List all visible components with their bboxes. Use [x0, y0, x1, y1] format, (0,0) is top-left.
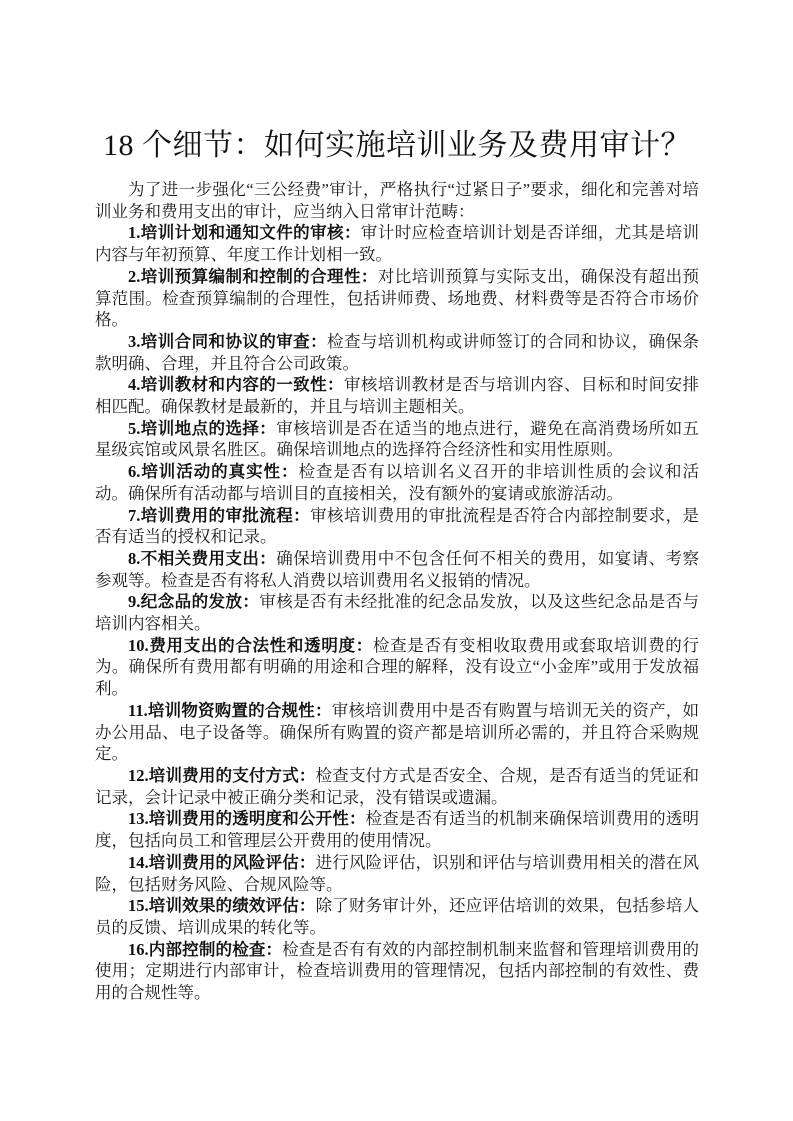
- audit-item-6: 6.培训活动的真实性：检查是否有以培训名义召开的非培训性质的会议和活动。确保所有…: [95, 461, 699, 504]
- audit-item-7: 7.培训费用的审批流程：审核培训费用的审批流程是否符合内部控制要求，是否有适当的…: [95, 505, 699, 548]
- audit-item-10-label: 10.费用支出的合法性和透明度：: [128, 636, 373, 655]
- audit-item-15-label: 15.培训效果的绩效评估：: [128, 896, 316, 915]
- audit-item-8: 8.不相关费用支出：确保培训费用中不包含任何不相关的费用，如宴请、考察参观等。检…: [95, 548, 699, 591]
- audit-item-11-label: 11.培训物资购置的合规性：: [128, 701, 332, 720]
- document-page: 18 个细节：如何实施培训业务及费用审计？ 为了进一步强化“三公经费”审计，严格…: [0, 0, 793, 1121]
- audit-item-5-label: 5.培训地点的选择：: [128, 419, 276, 438]
- audit-item-4: 4.培训教材和内容的一致性：审核培训教材是否与培训内容、目标和时间安排相匹配。确…: [95, 374, 699, 417]
- audit-item-16: 16.内部控制的检查：检查是否有有效的内部控制机制来监督和管理培训费用的使用；定…: [95, 939, 699, 1004]
- audit-item-13: 13.培训费用的透明度和公开性：检查是否有适当的机制来确保培训费用的透明度，包括…: [95, 808, 699, 851]
- audit-item-8-label: 8.不相关费用支出：: [128, 549, 276, 568]
- audit-item-13-label: 13.培训费用的透明度和公开性：: [128, 809, 366, 828]
- intro-paragraph: 为了进一步强化“三公经费”审计，严格执行“过紧日子”要求，细化和完善对培训业务和…: [95, 179, 699, 222]
- audit-item-16-label: 16.内部控制的检查：: [128, 940, 282, 959]
- audit-item-6-label: 6.培训活动的真实性：: [128, 462, 298, 481]
- audit-item-10: 10.费用支出的合法性和透明度：检查是否有变相收取费用或套取培训费的行为。确保所…: [95, 635, 699, 700]
- audit-item-3-label: 3.培训合同和协议的审查：: [128, 332, 327, 351]
- audit-item-11: 11.培训物资购置的合规性：审核培训费用中是否有购置与培训无关的资产，如办公用品…: [95, 700, 699, 765]
- audit-item-2: 2.培训预算编制和控制的合理性：对比培训预算与实际支出，确保没有超出预算范围。检…: [95, 266, 699, 331]
- audit-item-14: 14.培训费用的风险评估：进行风险评估，识别和评估与培训费用相关的潜在风险，包括…: [95, 852, 699, 895]
- audit-item-7-label: 7.培训费用的审批流程：: [128, 506, 310, 525]
- audit-item-14-label: 14.培训费用的风险评估：: [128, 853, 316, 872]
- audit-item-5: 5.培训地点的选择：审核培训是否在适当的地点进行，避免在高消费场所如五星级宾馆或…: [95, 418, 699, 461]
- audit-item-12-label: 12.培训费用的支付方式：: [128, 766, 316, 785]
- audit-item-12: 12.培训费用的支付方式：检查支付方式是否安全、合规，是否有适当的凭证和记录，会…: [95, 765, 699, 808]
- audit-item-9: 9.纪念品的发放：审核是否有未经批准的纪念品发放，以及这些纪念品是否与培训内容相…: [95, 591, 699, 634]
- audit-item-4-label: 4.培训教材和内容的一致性：: [128, 375, 344, 394]
- audit-item-3: 3.培训合同和协议的审查：检查与培训机构或讲师签订的合同和协议，确保条款明确、合…: [95, 331, 699, 374]
- audit-item-15: 15.培训效果的绩效评估：除了财务审计外，还应评估培训的效果，包括参培人员的反馈…: [95, 895, 699, 938]
- audit-item-1: 1.培训计划和通知文件的审核：审计时应检查培训计划是否详细，尤其是培训内容与年初…: [95, 222, 699, 265]
- audit-item-1-label: 1.培训计划和通知文件的审核：: [128, 223, 361, 242]
- audit-item-9-label: 9.纪念品的发放：: [128, 592, 259, 611]
- audit-item-2-label: 2.培训预算编制和控制的合理性：: [128, 267, 378, 286]
- page-title: 18 个细节：如何实施培训业务及费用审计？: [95, 126, 699, 166]
